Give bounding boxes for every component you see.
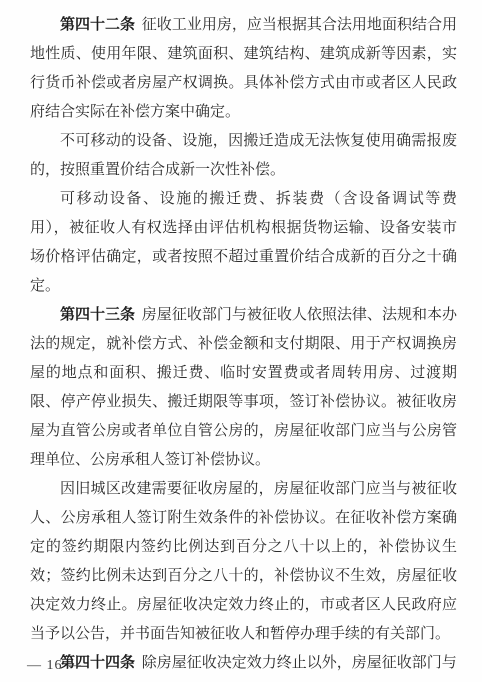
paragraph-old-city-renewal: 因旧城区改建需要征收房屋的，房屋征收部门应当与被征收人、公房承租人签订附生效条件… (30, 475, 457, 649)
paragraph-article-43: 第四十三条房屋征收部门与被征收人依照法律、法规和本办法的规定，就补偿方式、补偿金… (30, 301, 457, 475)
paragraph-movable-equipment-text: 可移动设备、设施的搬迁费、拆装费（含设备调试等费用），被征收人有权选择由评估机构… (30, 191, 457, 294)
article-43-number: 第四十三条 (60, 307, 135, 323)
page-number: — 16 — (27, 656, 82, 676)
paragraph-article-42: 第四十二条征收工业用房，应当根据其合法用地面积结合用地性质、使用年限、建筑面积、… (30, 11, 457, 127)
document-body: 第四十二条征收工业用房，应当根据其合法用地面积结合用地性质、使用年限、建筑面积、… (30, 11, 457, 678)
paragraph-old-city-renewal-text: 因旧城区改建需要征收房屋的，房屋征收部门应当与被征收人、公房承租人签订附生效条件… (30, 481, 457, 642)
paragraph-immovable-equipment-text: 不可移动的设备、设施，因搬迁造成无法恢复使用确需报废的，按照重置价结合成新一次性… (30, 133, 457, 178)
paragraph-immovable-equipment: 不可移动的设备、设施，因搬迁造成无法恢复使用确需报废的，按照重置价结合成新一次性… (30, 127, 457, 185)
document-page: 第四十二条征收工业用房，应当根据其合法用地面积结合用地性质、使用年限、建筑面积、… (0, 0, 482, 682)
article-42-number: 第四十二条 (60, 17, 135, 33)
paragraph-movable-equipment: 可移动设备、设施的搬迁费、拆装费（含设备调试等费用），被征收人有权选择由评估机构… (30, 185, 457, 301)
article-43-text: 房屋征收部门与被征收人依照法律、法规和本办法的规定，就补偿方式、补偿金额和支付期… (30, 307, 457, 468)
article-44-text: 除房屋征收决定效力终止以外，房屋征收部门与 (142, 655, 457, 671)
paragraph-article-44: 第四十四条除房屋征收决定效力终止以外，房屋征收部门与 (30, 649, 457, 678)
